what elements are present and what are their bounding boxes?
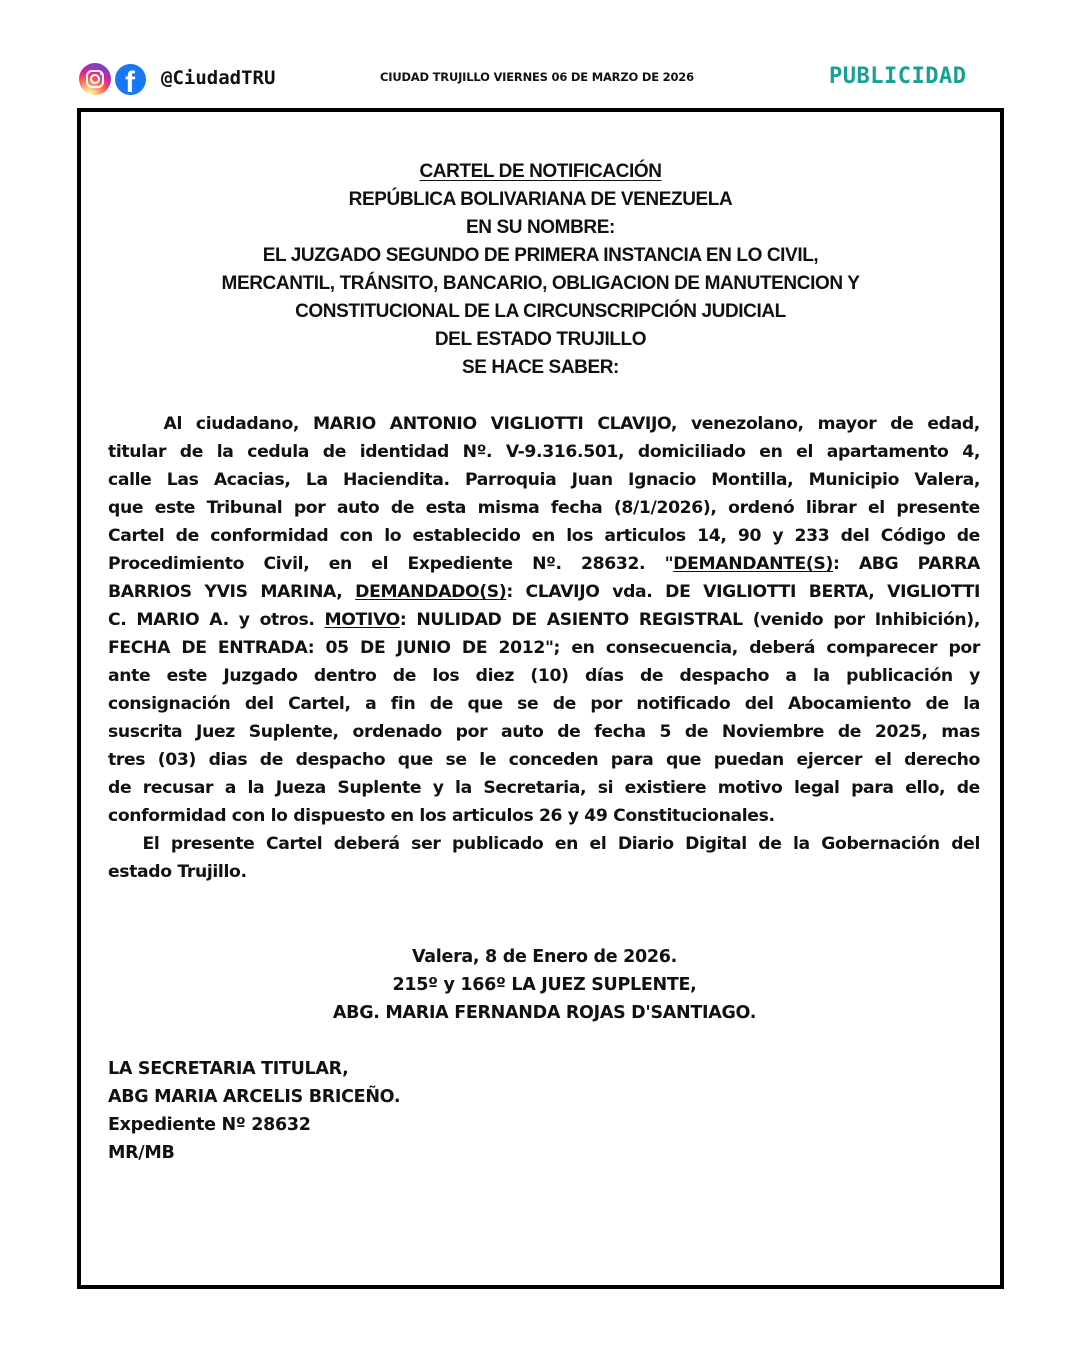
heading-line: DEL ESTADO TRUJILLO [77, 326, 1004, 354]
heading-line: SE HACE SABER: [77, 354, 1004, 382]
page-header: f @CiudadTRU CIUDAD TRUJILLO VIERNES 06 … [0, 0, 1080, 108]
place-date: Valera, 8 de Enero de 2026. [77, 943, 1012, 971]
file-number: Expediente Nº 28632 [108, 1111, 400, 1139]
defendant-label: DEMANDADO [355, 582, 479, 602]
body-line: Cartel de conformidad con lo establecido… [108, 522, 980, 550]
instagram-icon[interactable] [79, 63, 111, 95]
body-line: consignación del Cartel, a fin de que se… [108, 690, 980, 718]
text-segment: : NULIDAD DE ASIENTO REGISTRAL (venido p… [400, 610, 980, 630]
heading-line: EN SU NOMBRE: [77, 214, 1004, 242]
text-segment: : CLAVIJO vda. DE VIGLIOTTI BERTA, VIGLI… [506, 582, 980, 602]
judge-signature: Valera, 8 de Enero de 2026. 215º y 166º … [77, 943, 1012, 1027]
plaintiff-label: DEMANDANTE [673, 554, 806, 574]
body-line: tres (03) dias de despacho que se le con… [108, 746, 980, 774]
defendant-suffix: (S) [479, 582, 506, 602]
secretary-signature: LA SECRETARIA TITULAR, ABG MARIA ARCELIS… [108, 1055, 400, 1167]
publication-dateline: CIUDAD TRUJILLO VIERNES 06 DE MARZO DE 2… [380, 70, 694, 84]
secretary-title: LA SECRETARIA TITULAR, [108, 1055, 400, 1083]
social-icons: f [79, 63, 146, 95]
section-label: PUBLICIDAD [829, 64, 966, 89]
facebook-icon[interactable]: f [115, 64, 146, 95]
text-segment: : ABG PARRA [833, 554, 980, 574]
body-line: BARRIOS YVIS MARINA, DEMANDADO(S): CLAVI… [108, 578, 980, 606]
heading-line: REPÚBLICA BOLIVARIANA DE VENEZUELA [77, 186, 1004, 214]
judge-title: 215º y 166º LA JUEZ SUPLENTE, [77, 971, 1012, 999]
body-line: FECHA DE ENTRADA: 05 DE JUNIO DE 2012"; … [108, 634, 980, 662]
body-line: Al ciudadano, MARIO ANTONIO VIGLIOTTI CL… [108, 410, 980, 438]
body-line: que este Tribunal por auto de esta misma… [108, 494, 980, 522]
body-line: Procedimiento Civil, en el Expediente Nº… [108, 550, 980, 578]
notice-heading: CARTEL DE NOTIFICACIÓN REPÚBLICA BOLIVAR… [77, 158, 1004, 382]
initials: MR/MB [108, 1139, 400, 1167]
notice-title: CARTEL DE NOTIFICACIÓN [77, 158, 1004, 186]
body-line: ante este Juzgado dentro de los diez (10… [108, 662, 980, 690]
heading-line: CONSTITUCIONAL DE LA CIRCUNSCRIPCIÓN JUD… [77, 298, 1004, 326]
judge-name: ABG. MARIA FERNANDA ROJAS D'SANTIAGO. [77, 999, 1012, 1027]
body-line: C. MARIO A. y otros. MOTIVO: NULIDAD DE … [108, 606, 980, 634]
secretary-name: ABG MARIA ARCELIS BRICEÑO. [108, 1083, 400, 1111]
body-line: calle Las Acacias, La Haciendita. Parroq… [108, 466, 980, 494]
body-line: El presente Cartel deberá ser publicado … [108, 830, 980, 858]
body-line: de recusar a la Jueza Suplente y la Secr… [108, 774, 980, 802]
body-line: conformidad con lo dispuesto en los arti… [108, 802, 980, 830]
text-segment: BARRIOS YVIS MARINA, [108, 582, 355, 602]
body-line: suscrita Juez Suplente, ordenado por aut… [108, 718, 980, 746]
text-segment: C. MARIO A. y otros. [108, 610, 325, 630]
body-line: estado Trujillo. [108, 858, 980, 886]
heading-line: MERCANTIL, TRÁNSITO, BANCARIO, OBLIGACIO… [77, 270, 1004, 298]
motive-label: MOTIVO [325, 610, 400, 630]
text-segment: Procedimiento Civil, en el Expediente Nº… [108, 554, 673, 574]
social-handle[interactable]: @CiudadTRU [161, 67, 275, 89]
plaintiff-suffix: (S) [806, 554, 833, 574]
heading-line: EL JUZGADO SEGUNDO DE PRIMERA INSTANCIA … [77, 242, 1004, 270]
notice-body: Al ciudadano, MARIO ANTONIO VIGLIOTTI CL… [108, 410, 980, 886]
body-line: titular de la cedula de identidad Nº. V-… [108, 438, 980, 466]
